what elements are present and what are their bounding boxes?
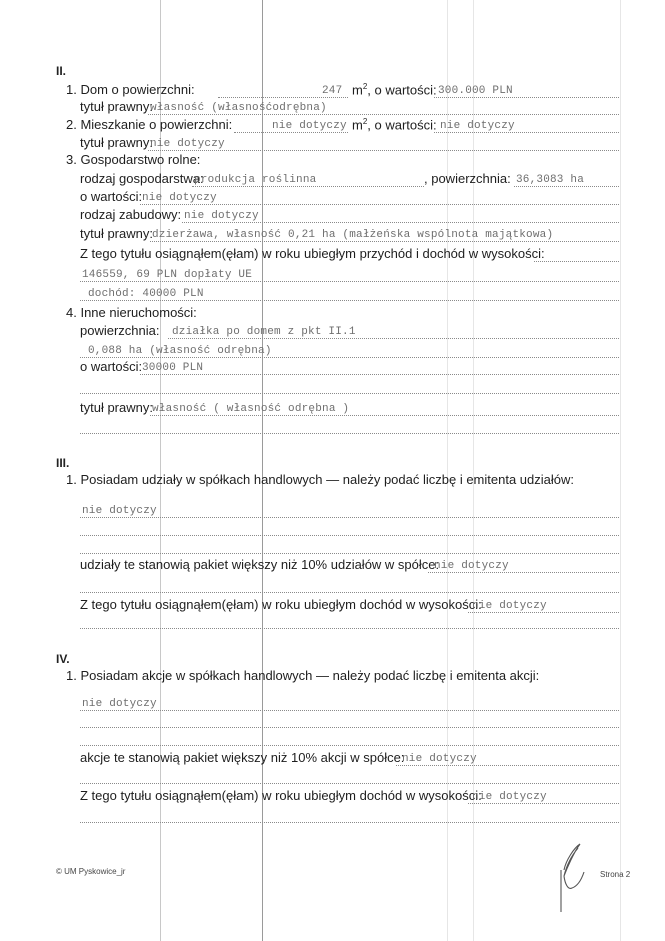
stocks-line-1: [80, 710, 619, 711]
stocks-blank-line: [80, 783, 619, 784]
shares-income-label: Z tego tytułu osiągnąłem(ęłam) w roku ub…: [80, 597, 482, 612]
shares-blank-line: [80, 592, 619, 593]
apartment-title-label: tytuł prawny:: [80, 135, 153, 150]
farm-area-label: , powierzchnia:: [424, 171, 511, 186]
apartment-area-line: [234, 132, 348, 133]
shares-package-value: nie dotyczy: [434, 560, 509, 572]
farm-title-value: dzierżawa, własność 0,21 ha (małżeńska w…: [152, 229, 553, 241]
farm-building-label: rodzaj zabudowy:: [80, 207, 181, 222]
footer-copyright: © UM Pyskowice_jr: [56, 867, 125, 876]
house-unit: m2, o wartości:: [352, 82, 437, 97]
stocks-income-label: Z tego tytułu osiągnąłem(ęłam) w roku ub…: [80, 788, 482, 803]
shares-line-2: [80, 535, 619, 536]
shares-label: 1. Posiadam udziały w spółkach handlowyc…: [66, 472, 574, 487]
farm-title-line: [150, 241, 619, 242]
shares-line-3: [80, 553, 619, 554]
section-iii-heading: III.: [56, 456, 69, 470]
other-area-value-2: 0,088 ha (własność odrębna): [88, 345, 272, 357]
stocks-label: 1. Posiadam akcje w spółkach handlowych …: [66, 668, 539, 683]
other-value-line: [140, 374, 619, 375]
section-ii-heading: II.: [56, 64, 66, 78]
farm-label: 3. Gospodarstwo rolne:: [66, 152, 200, 167]
farm-area-line: [514, 186, 619, 187]
farm-value-line: [140, 204, 619, 205]
apartment-unit: m2, o wartości:: [352, 117, 437, 132]
farm-type-label: rodzaj gospodarstwa:: [80, 171, 204, 186]
stocks-income-value: nie dotyczy: [472, 791, 547, 803]
stocks-line-2: [80, 727, 619, 728]
stocks-income-line: [468, 803, 619, 804]
other-area-line: [168, 338, 619, 339]
farm-type-value: produkcja roślinna: [194, 174, 316, 186]
shares-income-line: [468, 612, 619, 613]
farm-income-line: [534, 261, 619, 262]
apartment-title-value: nie dotyczy: [150, 138, 225, 150]
other-title-value: własność ( własność odrębna ): [152, 403, 349, 415]
stocks-value: nie dotyczy: [82, 698, 157, 710]
scan-line: [620, 0, 621, 941]
other-blank-line: [80, 393, 619, 394]
house-title-value: własność (własnośćodrębna): [150, 102, 327, 114]
signature-icon: [540, 840, 600, 915]
farm-income-line-1: [80, 281, 619, 282]
shares-line-1: [80, 517, 619, 518]
house-label: 1. Dom o powierzchni:: [66, 82, 195, 97]
other-area-line-2: [80, 357, 619, 358]
apartment-title-line: [148, 150, 619, 151]
farm-area-value: 36,3083 ha: [516, 174, 584, 186]
other-title-label: tytuł prawny:: [80, 400, 153, 415]
farm-income-value-2: dochód: 40000 PLN: [88, 288, 204, 300]
stocks-package-label: akcje te stanowią pakiet większy niż 10%…: [80, 750, 404, 765]
farm-building-line: [182, 222, 619, 223]
other-title-line: [150, 415, 619, 416]
farm-title-label: tytuł prawny:: [80, 226, 153, 241]
other-value: 30000 PLN: [142, 362, 203, 374]
section-iv-heading: IV.: [56, 652, 70, 666]
stocks-income-blank-line: [80, 822, 619, 823]
house-value: 300.000 PLN: [438, 85, 513, 97]
apartment-label: 2. Mieszkanie o powierzchni:: [66, 117, 232, 132]
stocks-package-line: [396, 765, 619, 766]
farm-building-value: nie dotyczy: [184, 210, 259, 222]
shares-income-blank-line: [80, 628, 619, 629]
shares-value: nie dotyczy: [82, 505, 157, 517]
house-title-label: tytuł prawny:: [80, 99, 153, 114]
other-property-label: 4. Inne nieruchomości:: [66, 305, 197, 320]
stocks-line-3: [80, 745, 619, 746]
apartment-area-value: nie dotyczy: [272, 120, 347, 132]
other-area-value: działka po domem z pkt II.1: [172, 326, 356, 338]
other-title-blank-line: [80, 433, 619, 434]
farm-value-label: o wartości:: [80, 189, 142, 204]
other-value-label: o wartości:: [80, 359, 142, 374]
shares-package-line: [428, 572, 619, 573]
farm-value: nie dotyczy: [142, 192, 217, 204]
farm-income-value-1: 146559, 69 PLN dopłaty UE: [82, 269, 252, 281]
apartment-value-line: [434, 132, 619, 133]
house-area-value: 247: [322, 85, 342, 97]
house-area-line: [218, 97, 348, 98]
farm-income-label: Z tego tytułu osiągnąłem(ęłam) w roku ub…: [80, 246, 545, 261]
farm-type-line: [192, 186, 424, 187]
footer-page-number: Strona 2: [600, 870, 630, 879]
shares-income-value: nie dotyczy: [472, 600, 547, 612]
house-title-line: [148, 114, 619, 115]
shares-package-label: udziały te stanowią pakiet większy niż 1…: [80, 557, 439, 572]
apartment-value: nie dotyczy: [440, 120, 515, 132]
house-value-line: [434, 97, 619, 98]
farm-income-line-2: [80, 300, 619, 301]
stocks-package-value: nie dotyczy: [402, 753, 477, 765]
other-area-label: powierzchnia:: [80, 323, 160, 338]
